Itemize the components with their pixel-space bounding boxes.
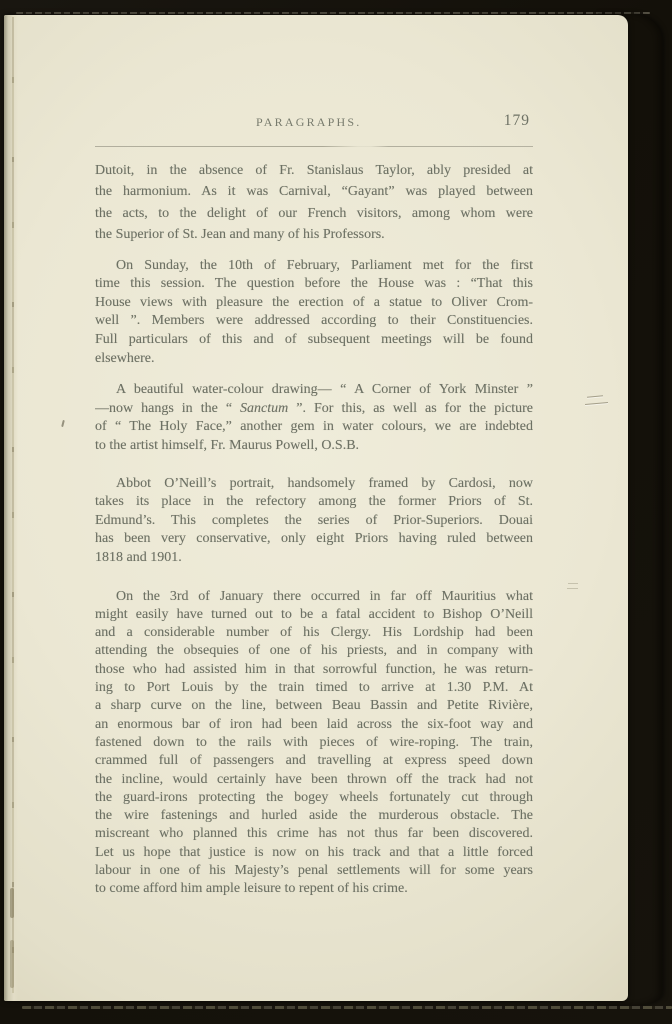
text-line: Edmund’s. This completes the series of P… — [95, 512, 533, 531]
text-line: to the artist himself, Fr. Maurus Powell… — [95, 437, 533, 456]
scan-artifact-scratch — [587, 395, 603, 397]
text-line: takes its place in the refectory among t… — [95, 493, 533, 512]
text-line: Abbot O’Neill’s portrait, handsomely fra… — [95, 475, 533, 494]
paragraph: On the 3rd of January there occurred in … — [95, 588, 533, 899]
text-line: the wire fastenings and hurled aside the… — [95, 807, 533, 825]
paragraph: Dutoit, in the absence of Fr. Stanislaus… — [95, 160, 533, 246]
text-line: and a considerable number of his Clergy.… — [95, 624, 533, 642]
text-line: well ”. Members were addressed according… — [95, 312, 533, 331]
page-header: PARAGRAPHS. 179 — [95, 112, 533, 134]
page-gutter — [4, 15, 18, 1001]
text-line: —now hangs in the “ Sanctum ”. For this,… — [95, 400, 533, 419]
text-line: crammed full of passengers and travellin… — [95, 752, 533, 770]
italic-text: Sanctum — [240, 401, 288, 416]
scan-artifact-scratch — [585, 402, 608, 405]
cover-edge-top — [16, 12, 650, 14]
gutter-speck — [10, 940, 14, 988]
book-photo-background: PARAGRAPHS. 179 Dutoit, in the absence o… — [0, 0, 672, 1024]
paragraphs: Dutoit, in the absence of Fr. Stanislaus… — [95, 160, 533, 899]
cover-edge-bottom — [22, 1006, 672, 1009]
text-line: an enormous bar of iron had been laid ac… — [95, 716, 533, 734]
text-line: 1818 and 1901. — [95, 549, 533, 568]
book-page: PARAGRAPHS. 179 Dutoit, in the absence o… — [4, 15, 628, 1001]
scan-artifact-mark — [568, 583, 578, 584]
text-line: the incline, would certainly have been t… — [95, 771, 533, 789]
text-line: the Superior of St. Jean and many of his… — [95, 224, 533, 245]
paragraph: A beautiful water-colour drawing— “ A Co… — [95, 381, 533, 455]
text-line: House views with pleasure the erection o… — [95, 294, 533, 313]
text-line: A beautiful water-colour drawing— “ A Co… — [95, 381, 533, 400]
scan-artifact-mark — [567, 588, 578, 589]
text-line: time this session. The question before t… — [95, 275, 533, 294]
text-line: has been very conservative, only eight P… — [95, 530, 533, 549]
text-line: the guard-irons protecting the bogey whe… — [95, 789, 533, 807]
gutter-speck — [10, 888, 14, 918]
text-line: those who had assisted him in that sorro… — [95, 661, 533, 679]
text-line: Full particulars of this and of subseque… — [95, 331, 533, 350]
text-line: miscreant who planned this crime has not… — [95, 825, 533, 843]
text-line: of “ The Holy Face,” another gem in wate… — [95, 418, 533, 437]
page-number: 179 — [504, 112, 530, 130]
text-line: the harmonium. As it was Carnival, “Gaya… — [95, 181, 533, 202]
text-line: On the 3rd of January there occurred in … — [95, 588, 533, 606]
header-rule — [95, 146, 533, 147]
text-line: fastened down to the rails with pieces o… — [95, 734, 533, 752]
gutter-crease — [12, 17, 14, 993]
scan-artifact-tick — [61, 420, 65, 427]
text-line: a sharp curve on the line, between Beau … — [95, 697, 533, 715]
text-line: attending the obsequies of one of his pr… — [95, 642, 533, 660]
text-line: labour in one of his Majesty’s penal set… — [95, 862, 533, 880]
paragraph: Abbot O’Neill’s portrait, handsomely fra… — [95, 475, 533, 568]
text-line: Dutoit, in the absence of Fr. Stanislaus… — [95, 160, 533, 181]
text-line: Let us hope that justice is now on his t… — [95, 844, 533, 862]
text-line: On Sunday, the 10th of February, Parliam… — [95, 257, 533, 276]
text-line: the acts, to the delight of our French v… — [95, 203, 533, 224]
text-line: elsewhere. — [95, 350, 533, 369]
text-line: ing to Port Louis by the train timed to … — [95, 679, 533, 697]
text-column: PARAGRAPHS. 179 Dutoit, in the absence o… — [95, 112, 533, 899]
text-line: might easily have turned out to be a fat… — [95, 606, 533, 624]
running-title: PARAGRAPHS. — [256, 115, 361, 130]
text-line: to come afford him ample leisure to repe… — [95, 880, 533, 898]
paragraph: On Sunday, the 10th of February, Parliam… — [95, 257, 533, 369]
